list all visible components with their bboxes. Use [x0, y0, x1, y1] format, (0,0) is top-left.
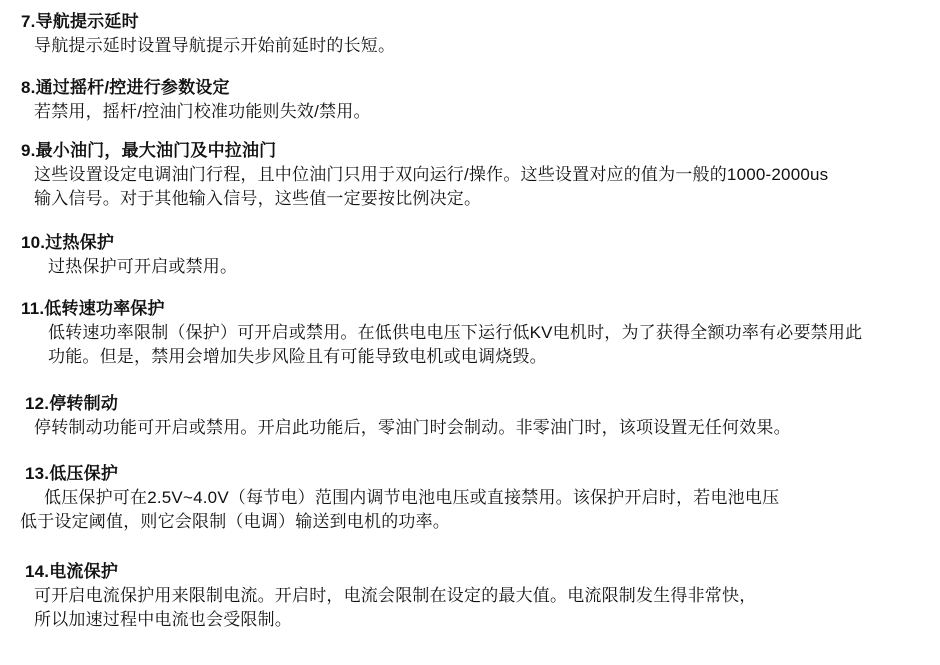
- section-heading: 11.低转速功率保护: [0, 297, 940, 321]
- section-body-line: 低转速功率限制（保护）可开启或禁用。在低供电电压下运行低KV电机时，为了获得全额…: [0, 321, 940, 345]
- manual-page: 7.导航提示延时 导航提示延时设置导航提示开始前延时的长短。 8.通过摇杆/控进…: [0, 0, 940, 665]
- section-body-line: 低于设定阈值，则它会限制（电调）输送到电机的功率。: [0, 510, 940, 534]
- section-body-line: 停转制动功能可开启或禁用。开启此功能后，零油门时会制动。非零油门时，该项设置无任…: [0, 416, 940, 440]
- section-14-current-protection: 14.电流保护 可开启电流保护用来限制电流。开启时，电流会限制在设定的最大值。电…: [0, 560, 940, 632]
- section-body-line: 输入信号。对于其他输入信号，这些值一定要按比例决定。: [0, 187, 940, 211]
- section-heading: 10.过热保护: [0, 231, 940, 255]
- section-body-line: 过热保护可开启或禁用。: [0, 255, 940, 279]
- section-heading: 14.电流保护: [0, 560, 940, 584]
- section-heading: 9.最小油门，最大油门及中拉油门: [0, 139, 940, 163]
- section-7-nav-prompt-delay: 7.导航提示延时 导航提示延时设置导航提示开始前延时的长短。: [0, 10, 940, 58]
- section-12-brake-on-stop: 12.停转制动 停转制动功能可开启或禁用。开启此功能后，零油门时会制动。非零油门…: [0, 392, 940, 440]
- section-body-line: 功能。但是，禁用会增加失步风险且有可能导致电机或电调烧毁。: [0, 345, 940, 369]
- section-body-line: 所以加速过程中电流也会受限制。: [0, 608, 940, 632]
- section-heading: 12.停转制动: [0, 392, 940, 416]
- section-body-line: 若禁用，摇杆/控油门校准功能则失效/禁用。: [0, 100, 940, 124]
- section-heading: 13.低压保护: [0, 462, 940, 486]
- section-9-throttle-min-max-mid: 9.最小油门，最大油门及中拉油门 这些设置设定电调油门行程，且中位油门只用于双向…: [0, 139, 940, 211]
- section-body-line: 低压保护可在2.5V~4.0V（每节电）范围内调节电池电压或直接禁用。该保护开启…: [0, 486, 940, 510]
- section-11-low-rpm-power-protection: 11.低转速功率保护 低转速功率限制（保护）可开启或禁用。在低供电电压下运行低K…: [0, 297, 940, 369]
- section-body-line: 导航提示延时设置导航提示开始前延时的长短。: [0, 34, 940, 58]
- section-body-line: 这些设置设定电调油门行程，且中位油门只用于双向运行/操作。这些设置对应的值为一般…: [0, 163, 940, 187]
- section-10-overheat-protection: 10.过热保护 过热保护可开启或禁用。: [0, 231, 940, 279]
- section-body-line: 可开启电流保护用来限制电流。开启时，电流会限制在设定的最大值。电流限制发生得非常…: [0, 584, 940, 608]
- section-heading: 8.通过摇杆/控进行参数设定: [0, 76, 940, 100]
- section-13-low-voltage-protection: 13.低压保护 低压保护可在2.5V~4.0V（每节电）范围内调节电池电压或直接…: [0, 462, 940, 534]
- section-heading: 7.导航提示延时: [0, 10, 940, 34]
- section-8-stick-param-setting: 8.通过摇杆/控进行参数设定 若禁用，摇杆/控油门校准功能则失效/禁用。: [0, 76, 940, 124]
